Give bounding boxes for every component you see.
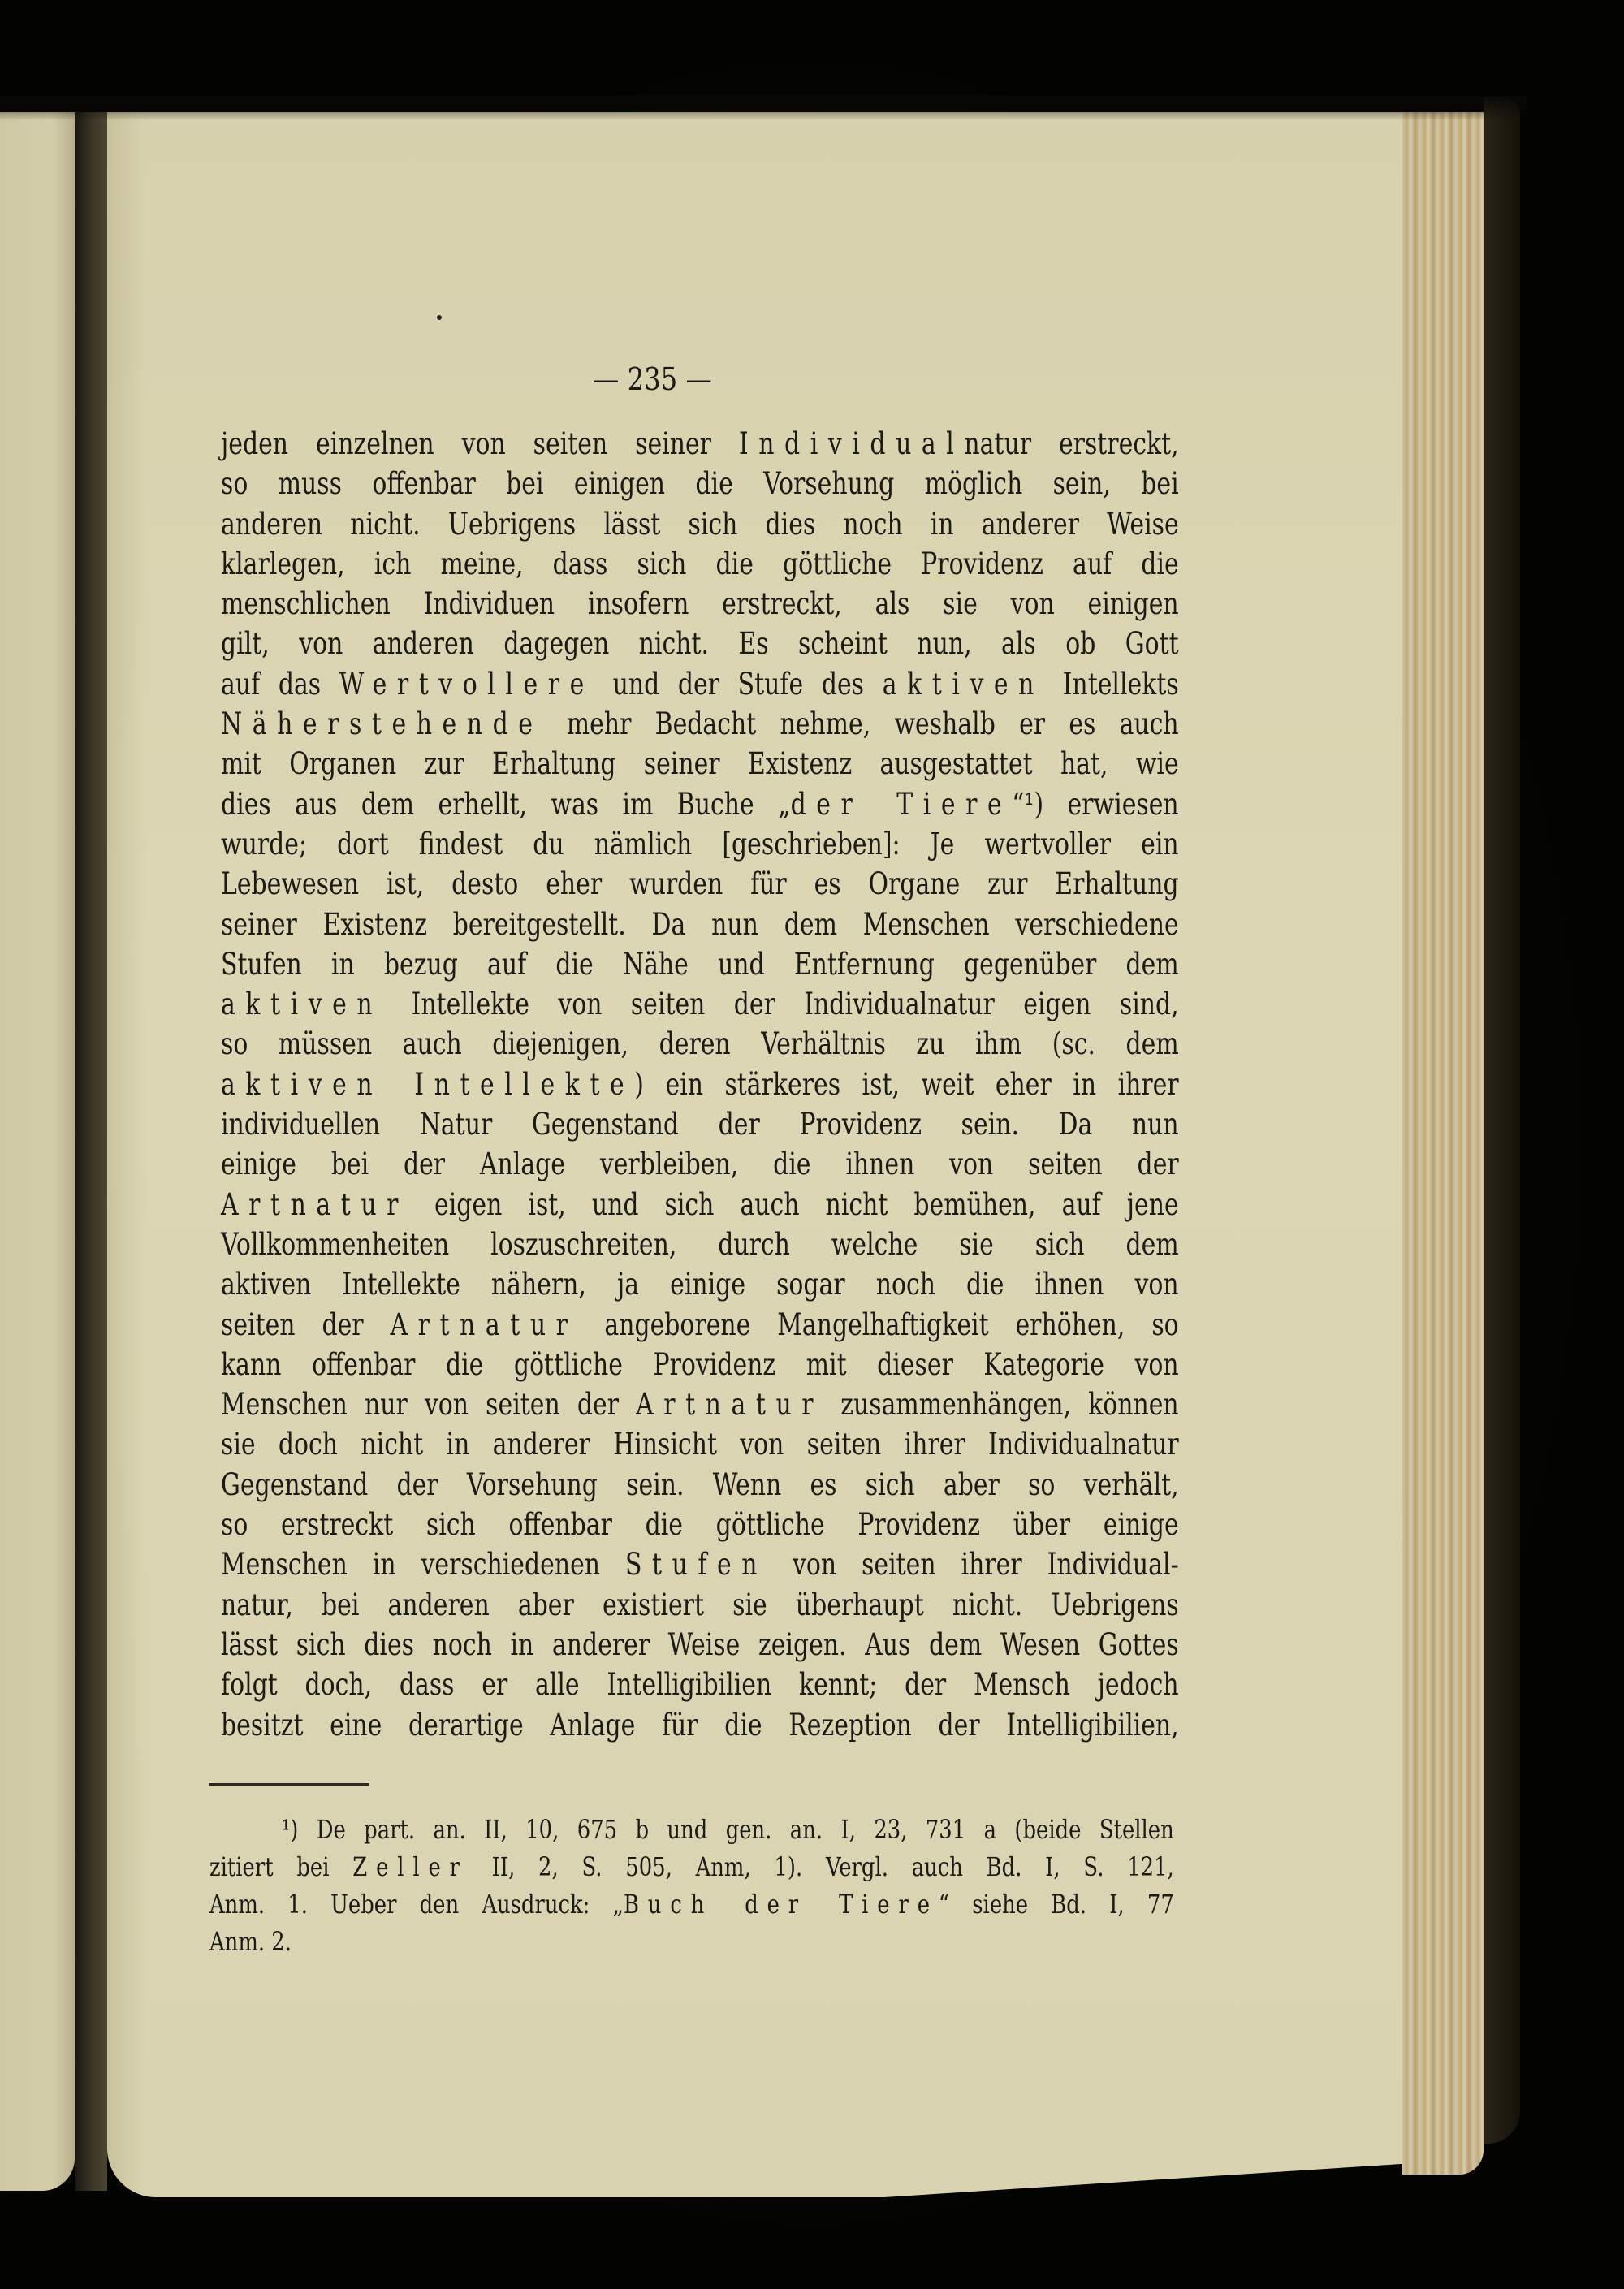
- text-segment: von seiten ihrer Individual-: [767, 1547, 1179, 1582]
- text-segment: wurde; dort findest du nämlich [geschrie…: [221, 827, 1179, 862]
- body-line: natur, bei anderen aber existiert sie üb…: [221, 1585, 1179, 1625]
- footnote-line: ¹) De part. an. II, 10, 675 b und gen. a…: [209, 1811, 1174, 1848]
- body-line: so erstreckt sich offenbar die göttliche…: [221, 1505, 1179, 1544]
- text-segment: mit Organen zur Erhaltung seiner Existen…: [221, 746, 1179, 781]
- text-segment: “ siehe Bd. I, 77: [939, 1889, 1174, 1920]
- body-line: aktiven Intellekte nähern, ja einige sog…: [221, 1264, 1179, 1304]
- body-line: aktiven Intellekte von seiten der Indivi…: [221, 984, 1179, 1024]
- text-segment: angeborene Mangelhaftigkeit erhöhen, so: [577, 1307, 1178, 1342]
- text-segment: so muss offenbar bei einigen die Vorsehu…: [221, 466, 1179, 501]
- text-segment: seiner Existenz bereitgestellt. Da nun d…: [221, 907, 1179, 942]
- text-segment: sie doch nicht in anderer Hinsicht von s…: [221, 1427, 1179, 1462]
- body-line: folgt doch, dass er alle Intelligibilien…: [221, 1665, 1179, 1704]
- body-line: Vollkommenheiten loszuschreiten, durch w…: [221, 1224, 1179, 1264]
- spaced-emphasis: Näherstehende: [221, 706, 543, 741]
- text-segment: klarlegen, ich meine, dass sich die gött…: [221, 546, 1179, 581]
- text-segment: dies aus dem erhellt, was im Buche „: [221, 787, 791, 822]
- text-segment: anderen nicht. Uebrigens lässt sich dies…: [221, 507, 1179, 542]
- text-segment: Anm. 1. Ueber den Ausdruck: „: [209, 1889, 624, 1920]
- text-segment: so erstreckt sich offenbar die göttliche…: [221, 1507, 1179, 1542]
- body-line: gilt, von anderen dagegen nicht. Es sche…: [221, 624, 1179, 663]
- body-line: Menschen in verschiedenen Stufen von sei…: [221, 1544, 1179, 1584]
- body-line: kann offenbar die göttliche Providenz mi…: [221, 1345, 1179, 1384]
- text-segment: menschlichen Individuen insofern erstrec…: [221, 586, 1179, 621]
- text-segment: so müssen auch diejenigen, deren Verhält…: [221, 1026, 1179, 1061]
- text-segment: “¹) erwiesen: [1012, 787, 1178, 822]
- spaced-emphasis: Artnatur: [221, 1187, 408, 1222]
- text-segment: Anm. 2.: [209, 1926, 292, 1957]
- body-line: wurde; dort findest du nämlich [geschrie…: [221, 824, 1179, 864]
- spaced-emphasis: Buch der Tiere: [624, 1889, 939, 1920]
- text-segment: Gegenstand der Vorsehung sein. Wenn es s…: [221, 1467, 1179, 1502]
- spaced-emphasis: Individual: [739, 426, 965, 461]
- text-segment: lässt sich dies noch in anderer Weise ze…: [221, 1627, 1179, 1662]
- footnotes: ¹) De part. an. II, 10, 675 b und gen. a…: [209, 1811, 1403, 1960]
- spaced-emphasis: Artnatur: [390, 1307, 577, 1342]
- spaced-emphasis: Zeller: [352, 1851, 469, 1882]
- body-line: Menschen nur von seiten der Artnatur zus…: [221, 1384, 1179, 1424]
- body-line: Gegenstand der Vorsehung sein. Wenn es s…: [221, 1465, 1179, 1505]
- spaced-emphasis: aktiven: [883, 667, 1044, 702]
- text-segment: eigen ist, und sich auch nicht bemühen, …: [408, 1187, 1179, 1222]
- book-gutter: [75, 112, 107, 2191]
- text-segment: seiten der: [221, 1307, 390, 1342]
- text-segment: individuellen Natur Gegenstand der Provi…: [221, 1107, 1179, 1142]
- paper-speck: [437, 315, 442, 320]
- spaced-emphasis: aktiven: [221, 987, 382, 1021]
- body-line: menschlichen Individuen insofern erstrec…: [221, 584, 1179, 624]
- page-edges-stack: [1402, 112, 1484, 2175]
- page-number: — 235 —: [593, 361, 712, 397]
- body-text: jeden einzelnen von seiten seiner Indivi…: [221, 424, 1179, 1745]
- text-segment: mehr Bedacht nehme, weshalb er es auch: [543, 706, 1179, 741]
- body-line: mit Organen zur Erhaltung seiner Existen…: [221, 744, 1179, 784]
- body-line: individuellen Natur Gegenstand der Provi…: [221, 1104, 1179, 1144]
- text-segment: II, 2, S. 505, Anm, 1). Vergl. auch Bd. …: [469, 1851, 1174, 1882]
- spaced-emphasis: Wertvollere: [339, 667, 594, 702]
- body-line: Näherstehende mehr Bedacht nehme, weshal…: [221, 704, 1179, 744]
- body-line: so muss offenbar bei einigen die Vorsehu…: [221, 464, 1179, 503]
- spaced-emphasis: aktiven Intellekte: [221, 1067, 634, 1102]
- text-segment: auf das: [221, 667, 339, 702]
- body-line: Artnatur eigen ist, und sich auch nicht …: [221, 1185, 1179, 1224]
- spaced-emphasis: der Tiere: [791, 787, 1013, 822]
- body-line: einige bei der Anlage verbleiben, die ih…: [221, 1144, 1179, 1184]
- text-segment: zusammenhängen, können: [823, 1387, 1179, 1422]
- text-segment: einige bei der Anlage verbleiben, die ih…: [221, 1147, 1179, 1181]
- body-line: anderen nicht. Uebrigens lässt sich dies…: [221, 504, 1179, 544]
- text-segment: Intellekts: [1044, 667, 1179, 702]
- top-shadow: [0, 96, 1527, 120]
- body-line: Lebewesen ist, desto eher wurden für es …: [221, 864, 1179, 904]
- body-line: Stufen in bezug auf die Nähe und Entfern…: [221, 944, 1179, 984]
- body-line: sie doch nicht in anderer Hinsicht von s…: [221, 1424, 1179, 1464]
- body-line: dies aus dem erhellt, was im Buche „der …: [221, 784, 1179, 824]
- facing-page-left: [0, 112, 75, 2191]
- text-segment: ) ein stärkeres ist, weit eher in ihrer: [634, 1067, 1178, 1102]
- text-segment: Menschen nur von seiten der: [221, 1387, 636, 1422]
- text-segment: natur, bei anderen aber existiert sie üb…: [221, 1587, 1179, 1622]
- text-segment: aktiven Intellekte nähern, ja einige sog…: [221, 1267, 1179, 1302]
- footnote-line: Anm. 1. Ueber den Ausdruck: „Buch der Ti…: [209, 1885, 1174, 1923]
- text-segment: Stufen in bezug auf die Nähe und Entfern…: [221, 947, 1179, 982]
- text-segment: besitzt eine derartige Anlage für die Re…: [221, 1708, 1179, 1743]
- text-segment: gilt, von anderen dagegen nicht. Es sche…: [221, 626, 1179, 661]
- text-segment: zitiert bei: [209, 1851, 352, 1882]
- footnote-rule: [209, 1783, 369, 1786]
- body-line: seiten der Artnatur angeborene Mangelhaf…: [221, 1305, 1179, 1345]
- text-segment: folgt doch, dass er alle Intelligibilien…: [221, 1667, 1179, 1702]
- spaced-emphasis: Stufen: [625, 1547, 767, 1582]
- text-segment: Menschen in verschiedenen: [221, 1547, 625, 1582]
- body-line: jeden einzelnen von seiten seiner Indivi…: [221, 424, 1179, 464]
- book-cover-edge: [1484, 97, 1520, 2144]
- body-line: so müssen auch diejenigen, deren Verhält…: [221, 1024, 1179, 1064]
- body-line: lässt sich dies noch in anderer Weise ze…: [221, 1625, 1179, 1665]
- footnote-line: zitiert bei Zeller II, 2, S. 505, Anm, 1…: [209, 1848, 1174, 1885]
- text-segment: Vollkommenheiten loszuschreiten, durch w…: [221, 1227, 1179, 1262]
- text-segment: Intellekte von seiten der Individualnatu…: [382, 987, 1178, 1021]
- spaced-emphasis: Artnatur: [636, 1387, 823, 1422]
- text-segment: natur erstreckt,: [964, 426, 1178, 461]
- text-segment: Lebewesen ist, desto eher wurden für es …: [221, 866, 1179, 901]
- body-line: auf das Wertvollere und der Stufe des ak…: [221, 664, 1179, 704]
- text-segment: ¹) De part. an. II, 10, 675 b und gen. a…: [282, 1814, 1174, 1845]
- body-line: besitzt eine derartige Anlage für die Re…: [221, 1705, 1179, 1745]
- footnote-line: Anm. 2.: [209, 1923, 1174, 1960]
- text-segment: kann offenbar die göttliche Providenz mi…: [221, 1347, 1179, 1382]
- text-segment: und der Stufe des: [594, 667, 883, 702]
- body-line: aktiven Intellekte) ein stärkeres ist, w…: [221, 1065, 1179, 1104]
- text-segment: jeden einzelnen von seiten seiner: [221, 426, 739, 461]
- body-line: seiner Existenz bereitgestellt. Da nun d…: [221, 905, 1179, 944]
- body-line: klarlegen, ich meine, dass sich die gött…: [221, 544, 1179, 584]
